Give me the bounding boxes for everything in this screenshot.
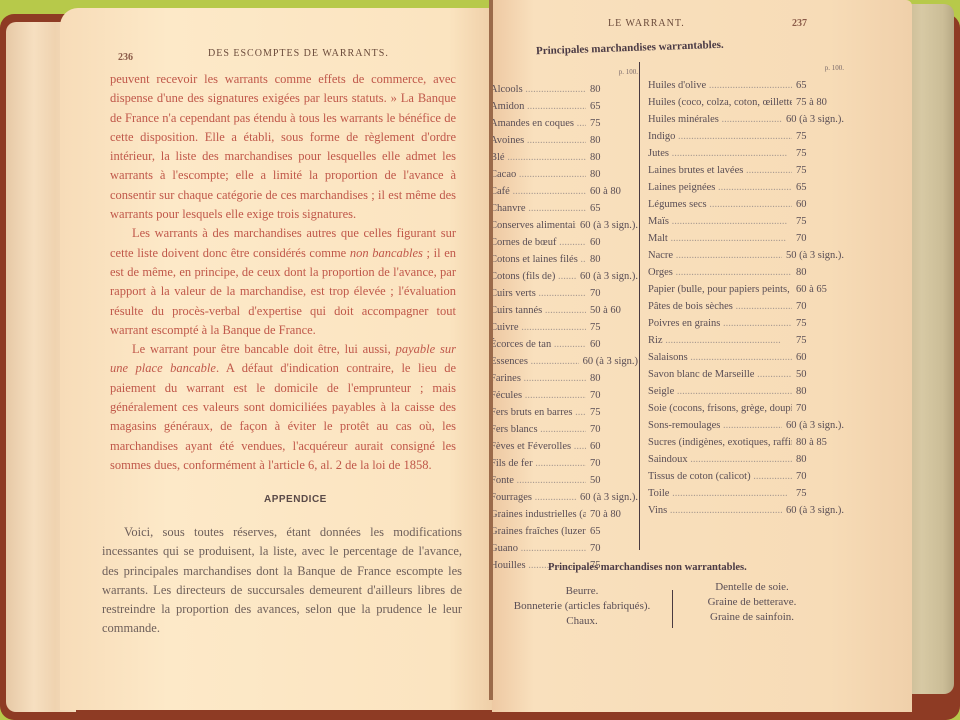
table-row: Cotons et laines filés80 — [490, 251, 638, 268]
item-name: Sons-remoulages — [648, 417, 782, 434]
item-value: 60 à 80 — [586, 183, 638, 200]
item-name: Seigle — [648, 383, 792, 400]
table-row: Maïs75 — [648, 213, 844, 230]
table-row: Poivres en grains75 — [648, 315, 844, 332]
item-value: 50 (à 3 sign.). — [782, 247, 844, 264]
table-row: Fonte50 — [490, 472, 638, 489]
table-row: Essences60 (à 3 sign.) — [490, 353, 638, 370]
table-row: Jutes75 — [648, 145, 844, 162]
item-value: 65 — [586, 98, 638, 115]
paragraph-2: Les warrants à des marchandises autres q… — [110, 224, 456, 340]
list-item: Chaux. — [502, 614, 662, 629]
item-value: 70 — [792, 298, 844, 315]
item-name: Huiles minérales — [648, 111, 782, 128]
right-column: p. 100. Huiles d'olive65Huiles (coco, co… — [648, 60, 844, 519]
table-row: Saindoux80 — [648, 451, 844, 468]
item-value: 70 — [792, 400, 844, 417]
item-value: 60 (à 3 sign.). — [782, 417, 844, 434]
table-row: Savon blanc de Marseille50 — [648, 366, 844, 383]
item-name: Sucres (indigènes, exotiques, raffinés) — [648, 434, 792, 451]
item-name: Amandes en coques — [490, 115, 586, 132]
item-value: 60 (à 3 sign.). — [576, 268, 638, 285]
item-value: 80 — [586, 81, 638, 98]
item-value: 70 à 80 — [586, 506, 638, 523]
item-value: 65 — [586, 200, 638, 217]
table-row: Fers blancs70 — [490, 421, 638, 438]
item-name: Chanvre — [490, 200, 586, 217]
item-name: Légumes secs — [648, 196, 792, 213]
item-value: 70 — [792, 230, 844, 247]
item-value: 60 à 65 — [792, 281, 844, 298]
table-row: Orges80 — [648, 264, 844, 281]
table-row: Laines peignées65 — [648, 179, 844, 196]
item-value: 70 — [586, 540, 638, 557]
item-name: Alcools — [490, 81, 586, 98]
column-divider — [639, 62, 640, 550]
table-row: Alcools80 — [490, 81, 638, 98]
table-row: Amidon65 — [490, 98, 638, 115]
item-value: 50 — [792, 366, 844, 383]
table-row: Cuivre75 — [490, 319, 638, 336]
table-row: Cacao80 — [490, 166, 638, 183]
left-column: p. 100. Alcools80Amidon65Amandes en coqu… — [490, 64, 638, 574]
item-name: Amidon — [490, 98, 586, 115]
table-row: Guano70 — [490, 540, 638, 557]
item-value: 75 — [586, 404, 638, 421]
item-value: 75 — [792, 213, 844, 230]
item-value: 80 — [586, 251, 638, 268]
appendix-heading: APPENDICE — [264, 494, 327, 505]
non-warrantable-divider — [672, 590, 673, 628]
item-name: Salaisons — [648, 349, 792, 366]
item-value: 50 — [586, 472, 638, 489]
item-value: 75 — [792, 332, 844, 349]
item-value: 60 — [586, 438, 638, 455]
book-gutter — [489, 0, 493, 700]
item-name: Cuivre — [490, 319, 586, 336]
table-row: Fécules70 — [490, 387, 638, 404]
table-title: Principales marchandises warrantables. — [536, 39, 724, 58]
item-value: 65 — [586, 523, 638, 540]
item-name: Cotons (fils de) — [490, 268, 576, 285]
item-value: 80 à 85 — [792, 434, 844, 451]
item-name: Cacao — [490, 166, 586, 183]
table-row: Laines brutes et lavées75 — [648, 162, 844, 179]
item-value: 80 — [792, 451, 844, 468]
table-row: Vins60 (à 3 sign.). — [648, 502, 844, 519]
item-name: Écorces de tan — [490, 336, 586, 353]
table-row: Café60 à 80 — [490, 183, 638, 200]
table-row: Sons-remoulages60 (à 3 sign.). — [648, 417, 844, 434]
item-name: Cuirs tannés — [490, 302, 586, 319]
list-item: Graine de betterave. — [692, 595, 812, 610]
table-row: Fourrages60 (à 3 sign.). — [490, 489, 638, 506]
item-value: 70 — [792, 468, 844, 485]
item-name: Papier (bulle, pour papiers peints, pour… — [648, 281, 792, 298]
item-name: Graines industrielles (anis, arachides, … — [490, 506, 586, 523]
list-item: Bonneterie (articles fabriqués). — [502, 599, 662, 614]
item-name: Maïs — [648, 213, 792, 230]
table-row: Indigo75 — [648, 128, 844, 145]
table-row: Fils de fer70 — [490, 455, 638, 472]
item-value: 80 — [586, 370, 638, 387]
table-row: Graines fraîches (luzerne, ray-gras, mil… — [490, 523, 638, 540]
item-value: 60 — [792, 349, 844, 366]
item-name: Pâtes de bois sèches — [648, 298, 792, 315]
table-row: Cotons (fils de)60 (à 3 sign.). — [490, 268, 638, 285]
left-page: 236 DES ESCOMPTES DE WARRANTS. peuvent r… — [60, 8, 492, 710]
item-value: 70 — [586, 421, 638, 438]
table-row: Tissus de coton (calicot)70 — [648, 468, 844, 485]
table-row: Cuirs tannés50 à 60 — [490, 302, 638, 319]
table-row: Pâtes de bois sèches70 — [648, 298, 844, 315]
table-row: Légumes secs60 — [648, 196, 844, 213]
item-value: 75 — [792, 128, 844, 145]
table-row: Nacre50 (à 3 sign.). — [648, 247, 844, 264]
item-value: 75 — [792, 162, 844, 179]
table-row: Amandes en coques75 — [490, 115, 638, 132]
left-body: peuvent recevoir les warrants comme effe… — [110, 70, 456, 475]
table-row: Toile75 — [648, 485, 844, 502]
table-row: Huiles (coco, colza, coton, œillettes, p… — [648, 94, 844, 111]
table-row: Cornes de bœuf60 — [490, 234, 638, 251]
item-value: 60 (à 3 sign.). — [576, 489, 638, 506]
item-value: 60 (à 3 sign.). — [576, 217, 638, 234]
item-value: 75 — [586, 319, 638, 336]
table-row: Salaisons60 — [648, 349, 844, 366]
item-name: Orges — [648, 264, 792, 281]
item-value: 60 (à 3 sign.). — [782, 111, 844, 128]
item-value: 80 — [792, 383, 844, 400]
non-warrantable-right: Dentelle de soie.Graine de betterave.Gra… — [692, 580, 812, 625]
non-warrantable-left: Beurre.Bonneterie (articles fabriqués).C… — [502, 584, 662, 629]
item-value: 80 — [586, 166, 638, 183]
table-row: Chanvre65 — [490, 200, 638, 217]
running-head: LE WARRANT. — [608, 18, 685, 29]
table-row: Farines80 — [490, 370, 638, 387]
item-name: Cotons et laines filés — [490, 251, 586, 268]
item-value: 70 — [586, 387, 638, 404]
item-value: 70 — [586, 455, 638, 472]
item-name: Fèves et Féverolles — [490, 438, 586, 455]
item-name: Laines peignées — [648, 179, 792, 196]
item-value: 75 — [792, 145, 844, 162]
item-name: Nacre — [648, 247, 782, 264]
item-value: 60 (à 3 sign.) — [579, 353, 638, 370]
table-row: Fèves et Féverolles60 — [490, 438, 638, 455]
table-row: Papier (bulle, pour papiers peints, pour… — [648, 281, 844, 298]
list-item: Beurre. — [502, 584, 662, 599]
table-row: Riz75 — [648, 332, 844, 349]
item-name: Graines fraîches (luzerne, ray-gras, mil… — [490, 523, 586, 540]
item-name: Fonte — [490, 472, 586, 489]
item-value: 80 — [792, 264, 844, 281]
item-value: 65 — [792, 179, 844, 196]
item-value: 60 — [586, 234, 638, 251]
item-name: Conserves alimentaires — [490, 217, 576, 234]
item-value: 75 — [792, 485, 844, 502]
table-row: Cuirs verts70 — [490, 285, 638, 302]
item-name: Essences — [490, 353, 579, 370]
item-name: Poivres en grains — [648, 315, 792, 332]
item-name: Fers bruts en barres — [490, 404, 586, 421]
item-name: Tissus de coton (calicot) — [648, 468, 792, 485]
item-name: Saindoux — [648, 451, 792, 468]
table-row: Conserves alimentaires60 (à 3 sign.). — [490, 217, 638, 234]
table-row: Seigle80 — [648, 383, 844, 400]
page-number: 237 — [792, 18, 807, 29]
item-value: 60 — [586, 336, 638, 353]
item-name: Blé — [490, 149, 586, 166]
item-name: Café — [490, 183, 586, 200]
item-value: 60 (à 3 sign.). — [782, 502, 844, 519]
item-value: 80 — [586, 132, 638, 149]
list-item: Graine de sainfoin. — [692, 610, 812, 625]
item-name: Huiles (coco, colza, coton, œillettes, p… — [648, 94, 792, 111]
table-row: Huiles d'olive65 — [648, 77, 844, 94]
table-row: Blé80 — [490, 149, 638, 166]
item-value: 70 — [586, 285, 638, 302]
table-row: Sucres (indigènes, exotiques, raffinés)8… — [648, 434, 844, 451]
list-item: Dentelle de soie. — [692, 580, 812, 595]
item-name: Vins — [648, 502, 782, 519]
item-value: 60 — [792, 196, 844, 213]
item-value: 80 — [586, 149, 638, 166]
item-name: Fils de fer — [490, 455, 586, 472]
item-name: Riz — [648, 332, 792, 349]
item-name: Malt — [648, 230, 792, 247]
item-name: Toile — [648, 485, 792, 502]
item-name: Savon blanc de Marseille — [648, 366, 792, 383]
paragraph-3: Le warrant pour être bancable doit être,… — [110, 340, 456, 475]
right-page: LE WARRANT. 237 Principales marchandises… — [492, 0, 912, 712]
item-name: Huiles d'olive — [648, 77, 792, 94]
item-value: 65 — [792, 77, 844, 94]
item-name: Guano — [490, 540, 586, 557]
table-row: Avoines80 — [490, 132, 638, 149]
item-name: Soie (cocons, frisons, grège, doupions) — [648, 400, 792, 417]
item-name: Farines — [490, 370, 586, 387]
item-name: Jutes — [648, 145, 792, 162]
item-name: Laines brutes et lavées — [648, 162, 792, 179]
appendix-text: Voici, sous toutes réserves, étant donné… — [102, 523, 462, 639]
table-row: Malt70 — [648, 230, 844, 247]
table-row: Huiles minérales60 (à 3 sign.). — [648, 111, 844, 128]
running-head: DES ESCOMPTES DE WARRANTS. — [208, 48, 389, 59]
item-value: 75 — [586, 115, 638, 132]
table-row: Soie (cocons, frisons, grège, doupions)7… — [648, 400, 844, 417]
item-name: Fécules — [490, 387, 586, 404]
item-name: Fers blancs — [490, 421, 586, 438]
item-value: 75 à 80 — [792, 94, 844, 111]
item-value: 75 — [792, 315, 844, 332]
table-row: Fers bruts en barres75 — [490, 404, 638, 421]
item-name: Indigo — [648, 128, 792, 145]
item-name: Cornes de bœuf — [490, 234, 586, 251]
item-value: 50 à 60 — [586, 302, 638, 319]
table-row: Écorces de tan60 — [490, 336, 638, 353]
item-name: Fourrages — [490, 489, 576, 506]
page-number: 236 — [118, 52, 133, 63]
paragraph-1: peuvent recevoir les warrants comme effe… — [110, 70, 456, 224]
table-row: Graines industrielles (anis, arachides, … — [490, 506, 638, 523]
item-name: Avoines — [490, 132, 586, 149]
item-name: Cuirs verts — [490, 285, 586, 302]
non-warrantable-title: Principales marchandises non warrantable… — [548, 562, 747, 573]
